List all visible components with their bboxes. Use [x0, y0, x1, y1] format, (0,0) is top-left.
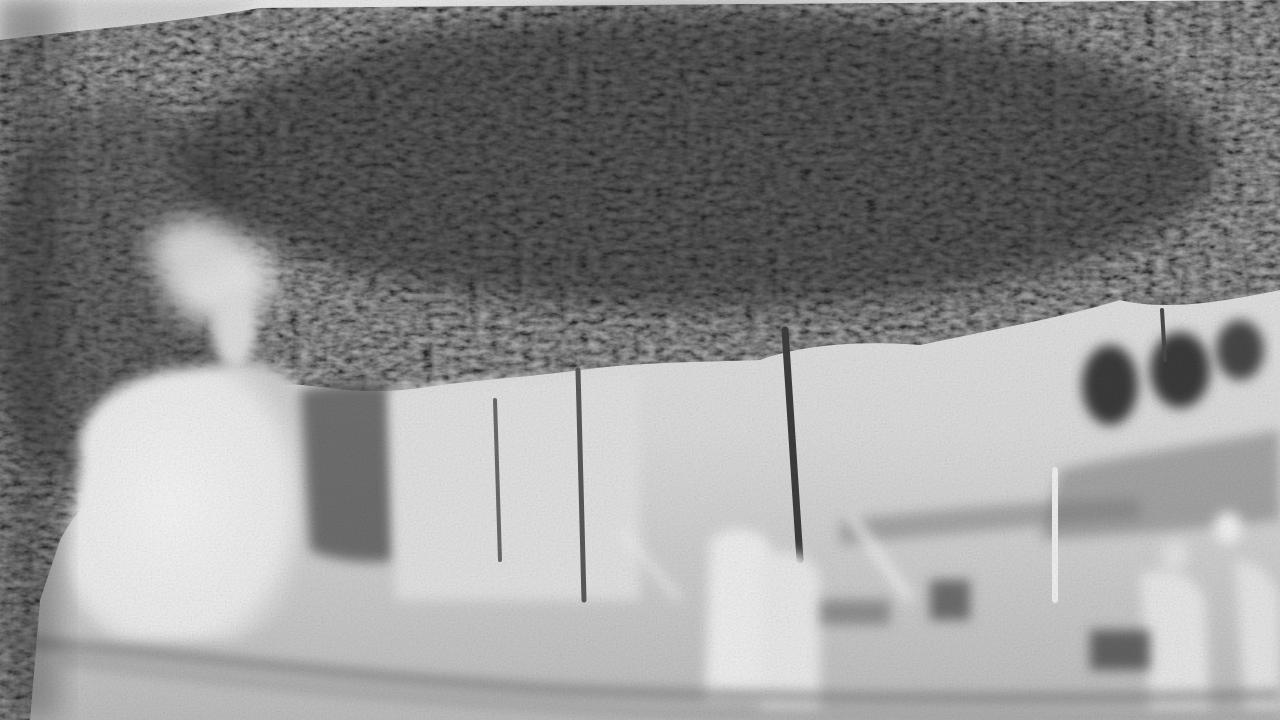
canopy-shadow — [180, 10, 1220, 310]
photo-scene — [0, 0, 1280, 720]
locomotive-dark-section — [300, 383, 395, 562]
tender — [390, 372, 640, 600]
locomotive — [66, 362, 300, 640]
left-vignette — [0, 0, 60, 720]
photo-canvas — [0, 0, 1280, 720]
